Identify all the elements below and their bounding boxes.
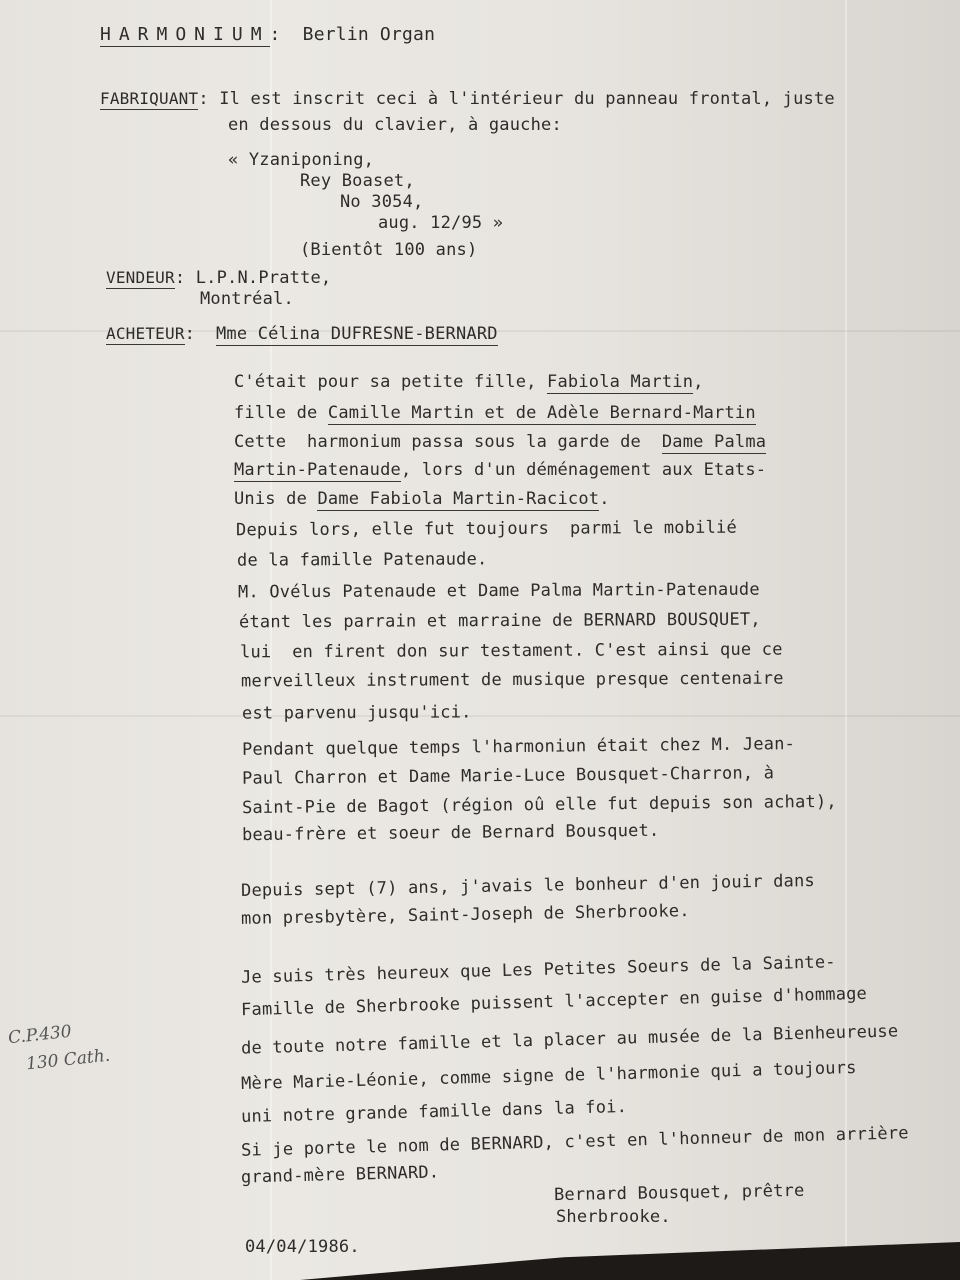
paper-fold bbox=[0, 715, 960, 717]
acheteur-separator: : bbox=[185, 324, 195, 344]
paper-fold bbox=[845, 0, 847, 1280]
vendeur-line-1: VENDEUR: L.P.N.Pratte, bbox=[106, 268, 331, 288]
body-line: Unis de Dame Fabiola Martin-Racicot. bbox=[234, 489, 610, 509]
body-line: de la famille Patenaude. bbox=[237, 549, 488, 570]
body-text: , lors d'un déménagement aux Etats- bbox=[401, 460, 766, 480]
header-value: Berlin Organ bbox=[303, 24, 435, 45]
vendeur-label: VENDEUR bbox=[106, 268, 175, 289]
inscription-line: aug. 12/95 » bbox=[378, 213, 503, 233]
body-text: C'était pour sa petite fille, bbox=[234, 372, 547, 392]
fabriquant-text: Il est inscrit ceci à l'intérieur du pan… bbox=[219, 89, 835, 109]
body-line: merveilleux instrument de musique presqu… bbox=[241, 669, 784, 692]
underlined-name: Camille Martin et de Adèle Bernard-Marti… bbox=[328, 403, 756, 425]
inscription-line: No 3054, bbox=[340, 192, 423, 212]
header-separator: : bbox=[270, 24, 281, 45]
acheteur-label: ACHETEUR bbox=[106, 324, 185, 345]
inscription-note: (Bientôt 100 ans) bbox=[300, 240, 477, 260]
body-line: Martin-Patenaude, lors d'un déménagement… bbox=[234, 460, 766, 480]
body-text: , bbox=[693, 372, 703, 392]
inscription-line: Rey Boaset, bbox=[300, 171, 415, 191]
signature-place: Sherbrooke. bbox=[556, 1207, 671, 1227]
underlined-name: Dame Fabiola Martin-Racicot bbox=[317, 489, 599, 511]
document-date: 04/04/1986. bbox=[245, 1237, 360, 1257]
document-page bbox=[0, 0, 960, 1280]
body-line: M. Ovélus Patenaude et Dame Palma Martin… bbox=[238, 580, 760, 603]
inscription-line: « Yzaniponing, bbox=[228, 150, 374, 170]
acheteur-line: ACHETEUR: Mme Célina DUFRESNE-BERNARD bbox=[106, 324, 498, 344]
fabriquant-line-2: en dessous du clavier, à gauche: bbox=[228, 115, 562, 135]
underlined-name: Martin-Patenaude bbox=[234, 460, 401, 482]
underlined-name: Dame Palma bbox=[662, 432, 766, 454]
body-line: est parvenu jusqu'ici. bbox=[242, 702, 472, 723]
body-line: Cette harmonium passa sous la garde de D… bbox=[234, 432, 766, 452]
body-line: C'était pour sa petite fille, Fabiola Ma… bbox=[234, 372, 704, 392]
vendeur-city: Montréal. bbox=[200, 289, 294, 309]
header-line: HARMONIUM: Berlin Organ bbox=[100, 24, 435, 45]
underlined-name: Fabiola Martin bbox=[547, 372, 693, 394]
body-text: fille de bbox=[234, 403, 328, 423]
body-text: . bbox=[599, 489, 609, 509]
vendeur-separator: : bbox=[175, 268, 185, 288]
fabriquant-separator: : bbox=[198, 89, 208, 109]
body-line: étant les parrain et marraine de BERNARD… bbox=[239, 610, 761, 633]
acheteur-name: Mme Célina DUFRESNE-BERNARD bbox=[216, 324, 498, 346]
body-line: fille de Camille Martin et de Adèle Bern… bbox=[234, 403, 756, 423]
header-label: HARMONIUM bbox=[100, 24, 270, 47]
body-line: Depuis lors, elle fut toujours parmi le … bbox=[236, 518, 737, 541]
body-line: lui en firent don sur testament. C'est a… bbox=[240, 640, 783, 663]
vendeur-name: L.P.N.Pratte, bbox=[196, 268, 332, 288]
body-text: Cette harmonium passa sous la garde de bbox=[234, 432, 662, 452]
fabriquant-label: FABRIQUANT bbox=[100, 89, 198, 110]
fabriquant-line-1: FABRIQUANT: Il est inscrit ceci à l'inté… bbox=[100, 89, 835, 109]
body-text: Unis de bbox=[234, 489, 317, 509]
